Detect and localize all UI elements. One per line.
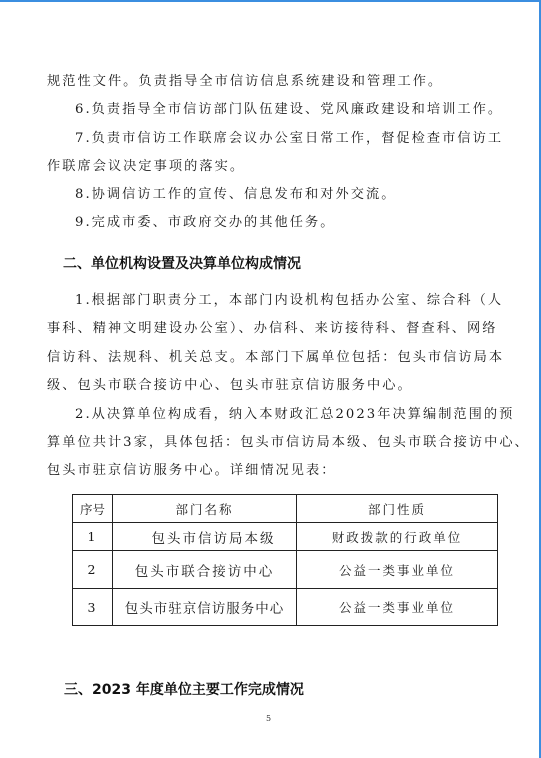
page-number: 5 xyxy=(266,714,271,723)
paragraph-line: 包头市驻京信访服务中心。详细情况见表： xyxy=(47,463,337,479)
paragraph-line: 算单位共计3家，具体包括：包头市信访局本级、包头市联合接访中心、 xyxy=(47,435,530,451)
paragraph-line: 2.从决算单位构成看，纳入本财政汇总2023年决算编制范围的预 xyxy=(75,407,514,423)
table-row: 1 包头市信访局本级 财政拨款的行政单位 xyxy=(73,523,498,551)
section-heading: 三、2023 年度单位主要工作完成情况 xyxy=(64,682,304,698)
table-cell: 包头市联合接访中心 xyxy=(113,551,297,589)
header-cell: 部门名称 xyxy=(113,495,297,523)
paragraph-line: 信访科、法规科、机关总支。本部门下属单位包括：包头市信访局本 xyxy=(47,350,504,366)
table-cell: 3 xyxy=(73,589,113,626)
table-cell: 2 xyxy=(73,551,113,589)
table-cell: 财政拨款的行政单位 xyxy=(297,523,498,551)
header-cell: 序号 xyxy=(73,495,113,523)
table-header-row: 序号 部门名称 部门性质 xyxy=(73,495,498,523)
table-cell: 包头市信访局本级 xyxy=(113,523,297,551)
paragraph-line: 作联席会议决定事项的落实。 xyxy=(47,159,245,175)
units-table: 序号 部门名称 部门性质 1 包头市信访局本级 财政拨款的行政单位 2 包头市联… xyxy=(72,494,498,626)
table-cell: 1 xyxy=(73,523,113,551)
paragraph-line: 规范性文件。负责指导全市信访信息系统建设和管理工作。 xyxy=(47,74,443,90)
section-heading: 二、单位机构设置及决算单位构成情况 xyxy=(63,256,301,272)
paragraph-line: 9.完成市委、市政府交办的其他任务。 xyxy=(75,215,335,231)
table-cell: 公益一类事业单位 xyxy=(297,551,498,589)
paragraph-line: 级、包头市联合接访中心、包头市驻京信访服务中心。 xyxy=(47,378,413,394)
table-row: 3 包头市驻京信访服务中心 公益一类事业单位 xyxy=(73,589,498,626)
table-cell: 公益一类事业单位 xyxy=(297,589,498,626)
paragraph-line: 7.负责市信访工作联席会议办公室日常工作，督促检查市信访工 xyxy=(75,131,503,147)
table-cell: 包头市驻京信访服务中心 xyxy=(113,589,297,626)
paragraph-line: 8.协调信访工作的宣传、信息发布和对外交流。 xyxy=(75,187,396,203)
paragraph-line: 事科、精神文明建设办公室）、办信科、来访接待科、督查科、网络 xyxy=(47,321,498,337)
paragraph-line: 1.根据部门职责分工，本部门内设机构包括办公室、综合科（人 xyxy=(75,293,503,309)
table-row: 2 包头市联合接访中心 公益一类事业单位 xyxy=(73,551,498,589)
header-cell: 部门性质 xyxy=(297,495,498,523)
paragraph-line: 6.负责指导全市信访部门队伍建设、党风廉政建设和培训工作。 xyxy=(75,102,503,118)
